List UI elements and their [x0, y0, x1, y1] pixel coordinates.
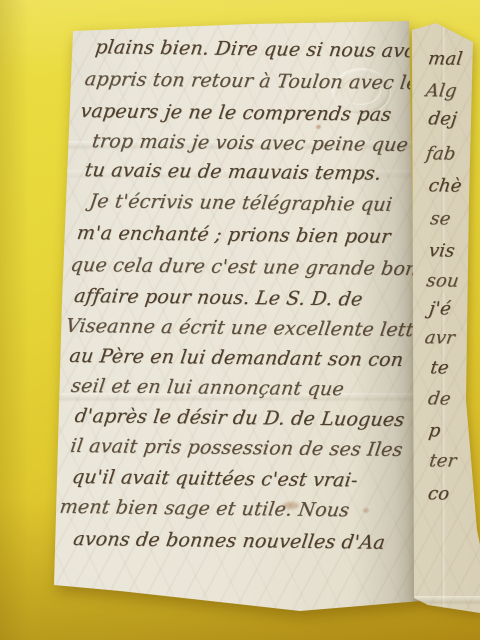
handwritten-fragment: j'é — [428, 300, 452, 318]
photograph: plains bien. Dire que si nous avons appr… — [0, 0, 480, 640]
handwritten-fragments-block: mal Alg dej fab chè se vis sou j'é avr t… — [0, 0, 480, 640]
handwritten-fragment: avr — [424, 329, 457, 347]
handwritten-fragment: co — [427, 485, 451, 503]
handwritten-fragment: p — [427, 422, 441, 440]
handwritten-fragment: ter — [428, 452, 458, 470]
handwritten-fragment: mal — [427, 50, 464, 68]
ink-bleedthrough-texture — [0, 0, 480, 640]
handwritten-fragment: dej — [427, 110, 458, 128]
handwritten-fragment: vis — [428, 242, 456, 260]
handwritten-fragment: sou — [425, 272, 460, 290]
letter-page-2-edge: mal Alg dej fab chè se vis sou j'é avr t… — [0, 0, 480, 640]
handwritten-fragment: de — [427, 390, 452, 408]
handwritten-fragment: chè — [427, 177, 462, 195]
fold-crease — [0, 596, 480, 605]
handwritten-fragment: fab — [425, 145, 457, 163]
handwritten-fragment: te — [429, 359, 450, 377]
handwritten-fragment: Alg — [425, 82, 458, 100]
letter-page-2-shadow: mal Alg dej fab chè se vis sou j'é avr t… — [0, 0, 480, 640]
handwritten-fragment: se — [429, 210, 452, 228]
